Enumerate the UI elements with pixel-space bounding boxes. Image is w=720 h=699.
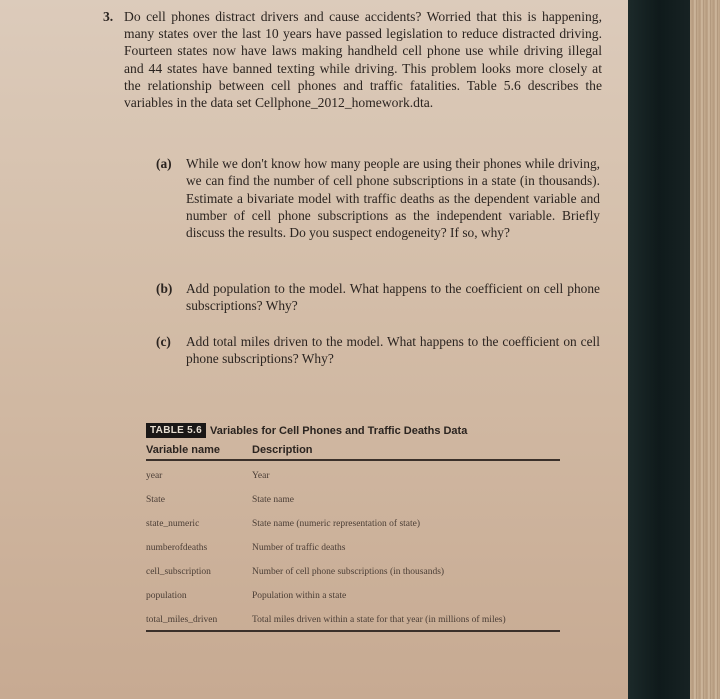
- table-row: yearYear: [146, 464, 560, 488]
- table-caption: TABLE 5.6 Variables for Cell Phones and …: [146, 423, 560, 438]
- table-row: StateState name: [146, 488, 560, 512]
- problem-text: Do cell phones distract drivers and caus…: [124, 9, 602, 110]
- variable-name-cell: total_miles_driven: [146, 615, 252, 625]
- description-cell: Total miles driven within a state for th…: [252, 615, 560, 625]
- table-row: populationPopulation within a state: [146, 584, 560, 608]
- table-row: total_miles_drivenTotal miles driven wit…: [146, 608, 560, 632]
- table-body: yearYearStateState namestate_numericStat…: [146, 464, 560, 632]
- problem-number: 3.: [103, 8, 113, 25]
- variable-name-cell: cell_subscription: [146, 567, 252, 577]
- part-label: (a): [156, 155, 172, 172]
- variable-name-cell: year: [146, 471, 252, 481]
- part-text: While we don't know how many people are …: [186, 156, 600, 240]
- variables-table: TABLE 5.6 Variables for Cell Phones and …: [146, 423, 560, 632]
- variable-name-cell: state_numeric: [146, 519, 252, 529]
- book-page-edges: [690, 0, 720, 699]
- description-cell: Number of traffic deaths: [252, 543, 560, 553]
- part-label: (c): [156, 333, 171, 350]
- part-text: Add population to the model. What happen…: [186, 281, 600, 313]
- part-text: Add total miles driven to the model. Wha…: [186, 334, 600, 366]
- part-c: (c) Add total miles driven to the model.…: [186, 333, 600, 368]
- variable-name-cell: population: [146, 591, 252, 601]
- description-cell: State name (numeric representation of st…: [252, 519, 560, 529]
- problem-statement: 3. Do cell phones distract drivers and c…: [124, 8, 602, 111]
- table-title: Variables for Cell Phones and Traffic De…: [210, 425, 467, 437]
- part-b: (b) Add population to the model. What ha…: [186, 280, 600, 315]
- variable-name-cell: State: [146, 495, 252, 505]
- variable-name-cell: numberofdeaths: [146, 543, 252, 553]
- table-tag: TABLE 5.6: [146, 423, 206, 438]
- table-bottom-rule: [146, 630, 560, 632]
- description-cell: Number of cell phone subscriptions (in t…: [252, 567, 560, 577]
- table-header: Variable name Description: [146, 444, 560, 461]
- header-description: Description: [252, 444, 560, 456]
- header-variable-name: Variable name: [146, 444, 252, 456]
- description-cell: Population within a state: [252, 591, 560, 601]
- table-row: state_numericState name (numeric represe…: [146, 512, 560, 536]
- part-label: (b): [156, 280, 172, 297]
- part-a: (a) While we don't know how many people …: [186, 155, 600, 241]
- table-row: cell_subscriptionNumber of cell phone su…: [146, 560, 560, 584]
- table-row: numberofdeathsNumber of traffic deaths: [146, 536, 560, 560]
- description-cell: Year: [252, 471, 560, 481]
- book-spine-shadow: [628, 0, 690, 699]
- description-cell: State name: [252, 495, 560, 505]
